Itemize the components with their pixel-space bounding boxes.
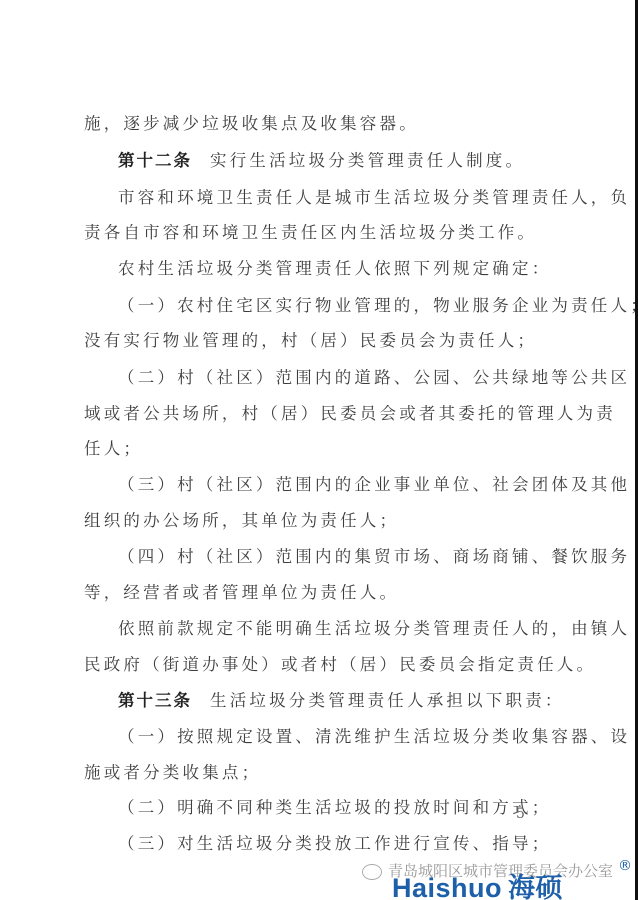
text-line: （三）对生活垃圾分类投放工作进行宣传、指导； [118, 833, 551, 855]
article-heading: 第十二条实行生活垃圾分类管理责任人制度。 [118, 150, 525, 172]
article-heading: 第十三条生活垃圾分类管理责任人承担以下职责： [118, 690, 565, 712]
registered-mark: ® [618, 858, 632, 874]
text-line: （二）村（社区）范围内的道路、公园、公共绿地等公共区 [118, 367, 630, 389]
wechat-icon [362, 864, 382, 880]
brand-logo: Haishuo海硕 [392, 866, 563, 900]
page-number: 5 [516, 806, 525, 822]
text-line: 组织的办公场所，其单位为责任人； [84, 510, 399, 532]
text-line: 域或者公共场所，村（居）民委员会或者其委托的管理人为责 [84, 403, 616, 425]
text-line: 施或者分类收集点； [84, 762, 261, 784]
text-line: （一）按照规定设置、清洗维护生活垃圾分类收集容器、设 [118, 726, 630, 748]
text-line: 责各自市容和环境卫生责任区内生活垃圾分类工作。 [84, 222, 537, 244]
article-number: 第十二条 [118, 151, 192, 170]
article-number: 第十三条 [118, 691, 192, 710]
text-line: 依照前款规定不能明确生活垃圾分类管理责任人的，由镇人 [118, 618, 630, 640]
text-line: 民政府（街道办事处）或者村（居）民委员会指定责任人。 [84, 654, 596, 676]
text-line: （三）村（社区）范围内的企业事业单位、社会团体及其他 [118, 474, 630, 496]
text-line: 施，逐步减少垃圾收集点及收集容器。 [84, 113, 419, 135]
text-line: 农村生活垃圾分类管理责任人依照下列规定确定： [118, 258, 551, 280]
text-line: （二）明确不同种类生活垃圾的投放时间和方式； [118, 797, 551, 819]
text-line: 市容和环境卫生责任人是城市生活垃圾分类管理责任人，负 [118, 187, 630, 209]
text-line: （四）村（社区）范围内的集贸市场、商场商铺、餐饮服务 [118, 546, 630, 568]
text-line: 没有实行物业管理的，村（居）民委员会为责任人； [84, 330, 537, 352]
text-line: 等，经营者或者管理单位为责任人。 [84, 582, 399, 604]
text-line: 任人； [84, 438, 143, 460]
text-line: （一）农村住宅区实行物业管理的，物业服务企业为责任人； [118, 295, 638, 317]
